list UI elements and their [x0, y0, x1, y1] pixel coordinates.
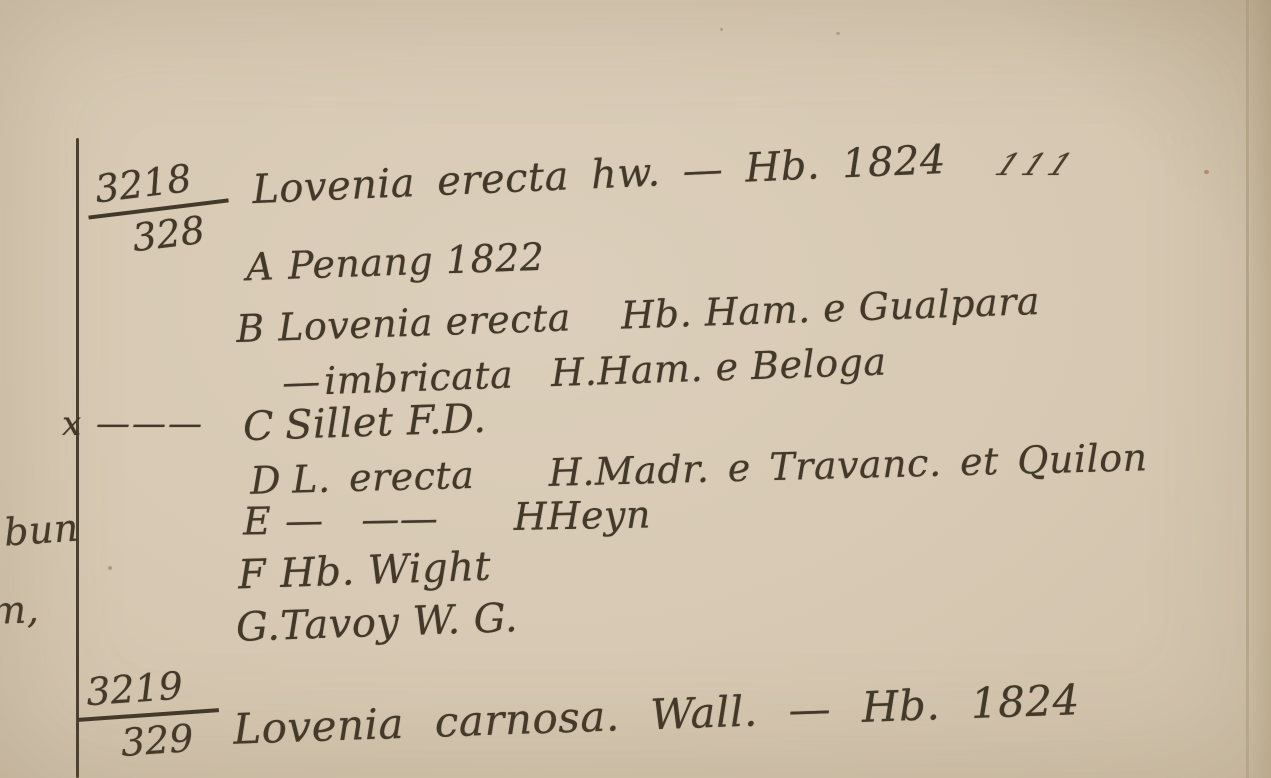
entry-line-e: E— —— HHeyn — [243, 492, 652, 543]
line-text: Sillet F.D. — [284, 396, 487, 449]
line-label: B — [235, 306, 279, 351]
entry-line-f: FHb. Wight — [237, 544, 492, 599]
line-label: F — [237, 551, 281, 598]
entry-line-c: CSillet F.D. — [242, 396, 487, 450]
line-text: imbricata H.Ham. e Beloga — [323, 339, 887, 403]
entry-number-fraction: 3219 329 — [75, 661, 222, 768]
line-label: G. — [235, 603, 281, 651]
line-text: Hb. Wight — [279, 544, 492, 597]
entry-line-a: APenang 1822 — [245, 235, 545, 289]
entry-heading: Lovenia carnosa. Wall. — Hb. 1824 — [232, 675, 1080, 754]
line-text: Penang 1822 — [287, 235, 545, 288]
line-text: L. erecta H.Madr. e Travanc. et Quilon — [292, 435, 1149, 501]
line-text: — —— HHeyn — [285, 492, 652, 542]
paper-speck — [720, 28, 723, 31]
paper-speck — [1204, 170, 1209, 174]
page-edge-crease — [1246, 0, 1249, 778]
folio-number: 111 — [989, 148, 1084, 183]
paper-speck — [836, 32, 840, 35]
entry-line-g: G.Tavoy W. G. — [235, 595, 518, 651]
line-text: Tavoy W. G. — [280, 595, 519, 649]
line-label: — — [281, 359, 325, 404]
entry-line-b: BLovenia erecta Hb. Ham. e Gualpara — [235, 279, 1040, 351]
margin-fragment: m, — [0, 587, 40, 633]
margin-fragment: bun — [3, 505, 81, 554]
catalog-subnumber: 329 — [78, 712, 222, 768]
manuscript-page: 111 3218 328 Lovenia erecta hw. — Hb. 18… — [0, 0, 1271, 778]
line-label: E — [243, 499, 286, 544]
line-label: A — [245, 244, 289, 289]
line-text: Lovenia erecta Hb. Ham. e Gualpara — [277, 279, 1040, 350]
entry-line-d: DL. erecta H.Madr. e Travanc. et Quilon — [250, 435, 1149, 502]
margin-cross-mark: x ——— — [62, 404, 204, 444]
entry-number-fraction: 3218 328 — [83, 152, 234, 265]
entry-line-b2: —imbricata H.Ham. e Beloga — [281, 339, 887, 404]
entry-heading: Lovenia erecta hw. — Hb. 1824 — [251, 137, 947, 213]
page-edge-shading — [1250, 0, 1271, 778]
line-label: D — [250, 458, 293, 503]
line-label: C — [242, 403, 286, 450]
paper-speck — [108, 566, 112, 570]
